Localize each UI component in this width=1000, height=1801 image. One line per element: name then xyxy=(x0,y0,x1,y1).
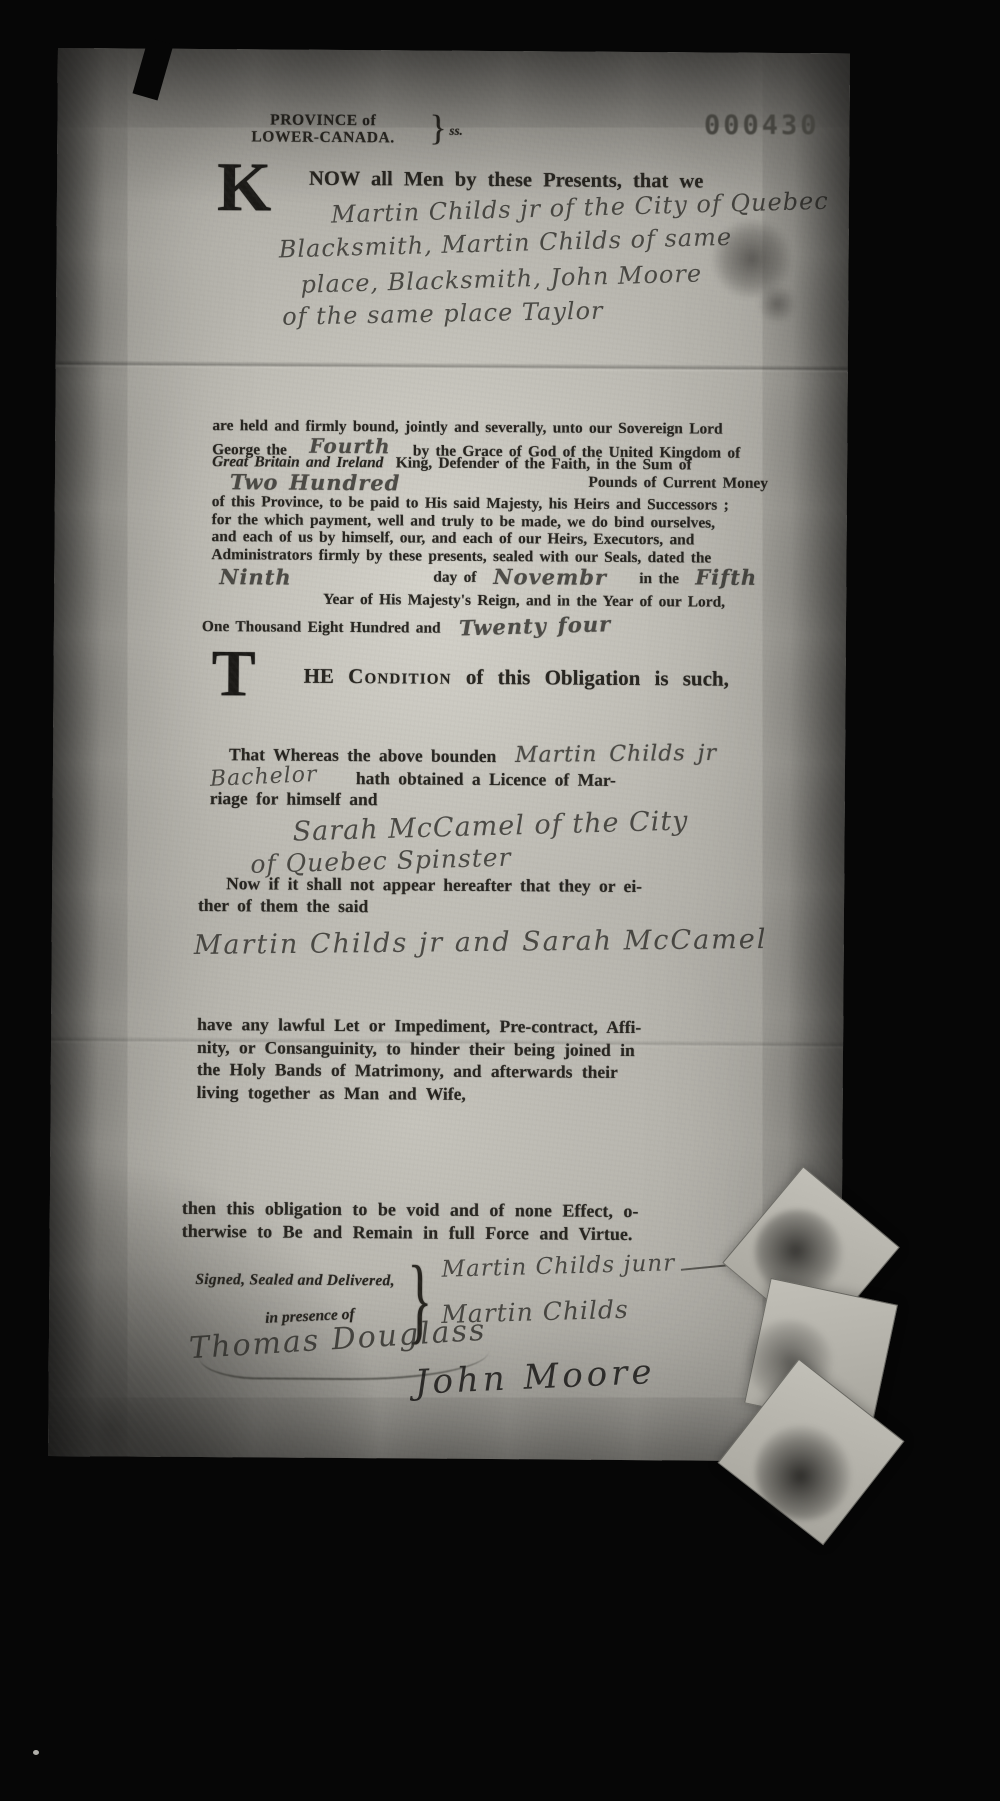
signature-martin-childs-jr: Martin Childs junr xyxy=(441,1253,727,1281)
void-line: then this obligation to be void and of n… xyxy=(182,1197,639,1223)
bond-in-the: in the xyxy=(639,570,679,588)
condition-heading-smallcaps: Condition xyxy=(348,664,452,689)
groom-name-fill: Martin Childs jr xyxy=(515,741,717,768)
dropcap-k: K xyxy=(217,159,272,217)
bond-day-of: day of xyxy=(433,569,476,587)
province-heading: PROVINCE of LOWER-CANADA. xyxy=(251,111,395,146)
impediment-line: nity, or Consanguinity, to hinder their … xyxy=(197,1035,641,1061)
jurisdiction-brace: } xyxy=(429,107,447,149)
condition-heading: HE Condition of this Obligation is such, xyxy=(304,664,729,692)
flourish-stroke xyxy=(681,1264,727,1270)
regnal-year-fill: Fifth xyxy=(695,564,757,589)
bond-line3-post: King, Defender of the Faith, in the Sum … xyxy=(396,454,692,473)
handwritten-parties-line: of the same place Taylor xyxy=(282,297,604,331)
whereas-text: That Whereas the above bounden xyxy=(229,744,496,766)
condition-heading-post: of this Obligation is such, xyxy=(466,665,729,691)
ink-blot xyxy=(756,286,798,322)
year-fill: Twenty four xyxy=(459,611,612,640)
couple-names-fill: Martin Childs jr and Sarah McCamel xyxy=(194,924,768,961)
condition-heading-pre: HE xyxy=(304,664,335,688)
impediment-line: the Holy Bands of Matrimony, and afterwa… xyxy=(197,1058,641,1084)
bond-line: One Thousand Eight Hundred and Twenty fo… xyxy=(202,611,758,635)
bond-line4-post: Pounds of Current Money xyxy=(588,474,768,495)
film-scan-background: PROVINCE of LOWER-CANADA. } ss. K NOW al… xyxy=(0,0,1000,1801)
now-line: Now if it shall not appear hereafter tha… xyxy=(226,873,642,897)
province-line2: LOWER-CANADA. xyxy=(251,128,395,146)
impediment-line: have any lawful Let or Impediment, Pre-c… xyxy=(197,1013,641,1039)
bond-line: Two Hundred Pounds of Current Money xyxy=(212,471,768,495)
film-speck xyxy=(33,1750,39,1755)
said-line: ther of them the said xyxy=(198,895,368,917)
sum-fill: Two Hundred xyxy=(230,469,401,490)
handwritten-parties-line: Blacksmith, Martin Childs of same xyxy=(278,223,732,264)
impediment-line: living together as Man and Wife, xyxy=(197,1080,641,1106)
ss-abbreviation: ss. xyxy=(449,123,462,139)
dropcap-t: T xyxy=(211,647,255,701)
seal-ink-smudge xyxy=(736,1406,871,1540)
attestation-label: Signed, Sealed and Delivered, xyxy=(195,1271,395,1290)
day-fill: Ninth xyxy=(219,564,292,590)
marriage-line: riage for himself and xyxy=(210,788,378,810)
crease-line xyxy=(56,360,848,374)
licence-text: hath obtained a Licence of Mar- xyxy=(356,768,616,791)
province-line1: PROVINCE of xyxy=(251,111,395,129)
bond-date-line: Ninth day of Novembr in the Fifth xyxy=(211,564,767,594)
opening-line: NOW all Men by these Presents, that we xyxy=(309,168,703,194)
bride-name-fill: Sarah McCamel of the City xyxy=(292,806,689,848)
void-line: therwise to Be and Remain in full Force … xyxy=(182,1220,639,1246)
signature-text: Martin Childs junr xyxy=(441,1250,675,1283)
impediment-paragraph: have any lawful Let or Impediment, Pre-c… xyxy=(197,1013,642,1106)
month-fill: Novembr xyxy=(493,564,607,590)
frame-number-stamp: 000430 xyxy=(704,110,820,141)
bond-line11-pre: One Thousand Eight Hundred and xyxy=(202,618,441,637)
handwritten-parties-line: place, Blacksmith, John Moore xyxy=(300,259,702,298)
void-paragraph: then this obligation to be void and of n… xyxy=(182,1197,639,1246)
